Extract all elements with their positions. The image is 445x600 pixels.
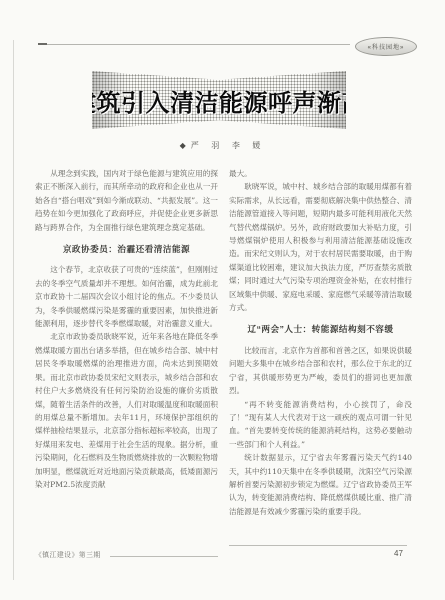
byline: ◆严 羽 李 媛 [35, 140, 410, 151]
body-paragraph: 最大。 [229, 167, 412, 180]
page-number: 47 [394, 549, 403, 558]
footer-left-rule [110, 556, 218, 557]
body-paragraph: 统计数据显示，辽宁省去年雾霾污染天气约140天，其中约110天集中在冬季供暖期，… [229, 451, 412, 518]
footer-right-rule [229, 545, 407, 546]
body-paragraph: 耿晓军说，城中村、城乡结合部的取暖用煤都有着实际需求，从长远看，需要彻底解决集中… [229, 180, 412, 314]
body-paragraph: 这个春节，北京收获了可贵的“连续蓝”，但刚刚过去的冬季空气质量却并不理想。如何治… [35, 263, 218, 330]
section-heading: 辽“两会”人士：转能源结构刻不容缓 [229, 323, 412, 336]
body-paragraph: “再不转变能源消费结构，小心挨罚了，命没了！”现有某人大代表对于这一顽疾的观点可… [229, 398, 412, 452]
body-paragraph: 从理念到实践，国内对于绿色能源与建筑应用的探索正不断深入前行，而其所牵动的政府和… [35, 167, 218, 234]
header-rule [38, 44, 350, 45]
left-margin-line [13, 40, 14, 580]
section-badge-label: «科技园地» [368, 42, 405, 51]
header-rule-tick [38, 43, 47, 45]
magazine-page: «科技园地» 建筑引入清洁能源呼声渐高 ◆严 羽 李 媛 从理念到实践，国内对于… [0, 0, 445, 600]
body-paragraph: 北京市政协委员耿晓军说，近年来各地在降低冬季燃煤取暖方面出台诸多举措，但在城乡结… [35, 330, 218, 491]
journal-issue-label: 《镇江建设》第三期 [35, 549, 101, 559]
body-paragraph: 比较而言，北京作为首都和首善之区，如果说供暖问题大多集中在城乡结合部和农村，那么… [229, 344, 412, 398]
left-column: 从理念到实践，国内对于绿色能源与建筑应用的探索正不断深入前行，而其所牵动的政府和… [35, 167, 218, 491]
section-badge: «科技园地» [355, 37, 417, 56]
article-title: 建筑引入清洁能源呼声渐高 [72, 83, 366, 118]
right-column: 最大。耿晓军说，城中村、城乡结合部的取暖用煤都有着实际需求，从长远看，需要彻底解… [229, 167, 412, 518]
article-title-banner: 建筑引入清洁能源呼声渐高 [92, 71, 346, 129]
section-heading: 京政协委员：治霾还看清洁能源 [35, 243, 218, 256]
